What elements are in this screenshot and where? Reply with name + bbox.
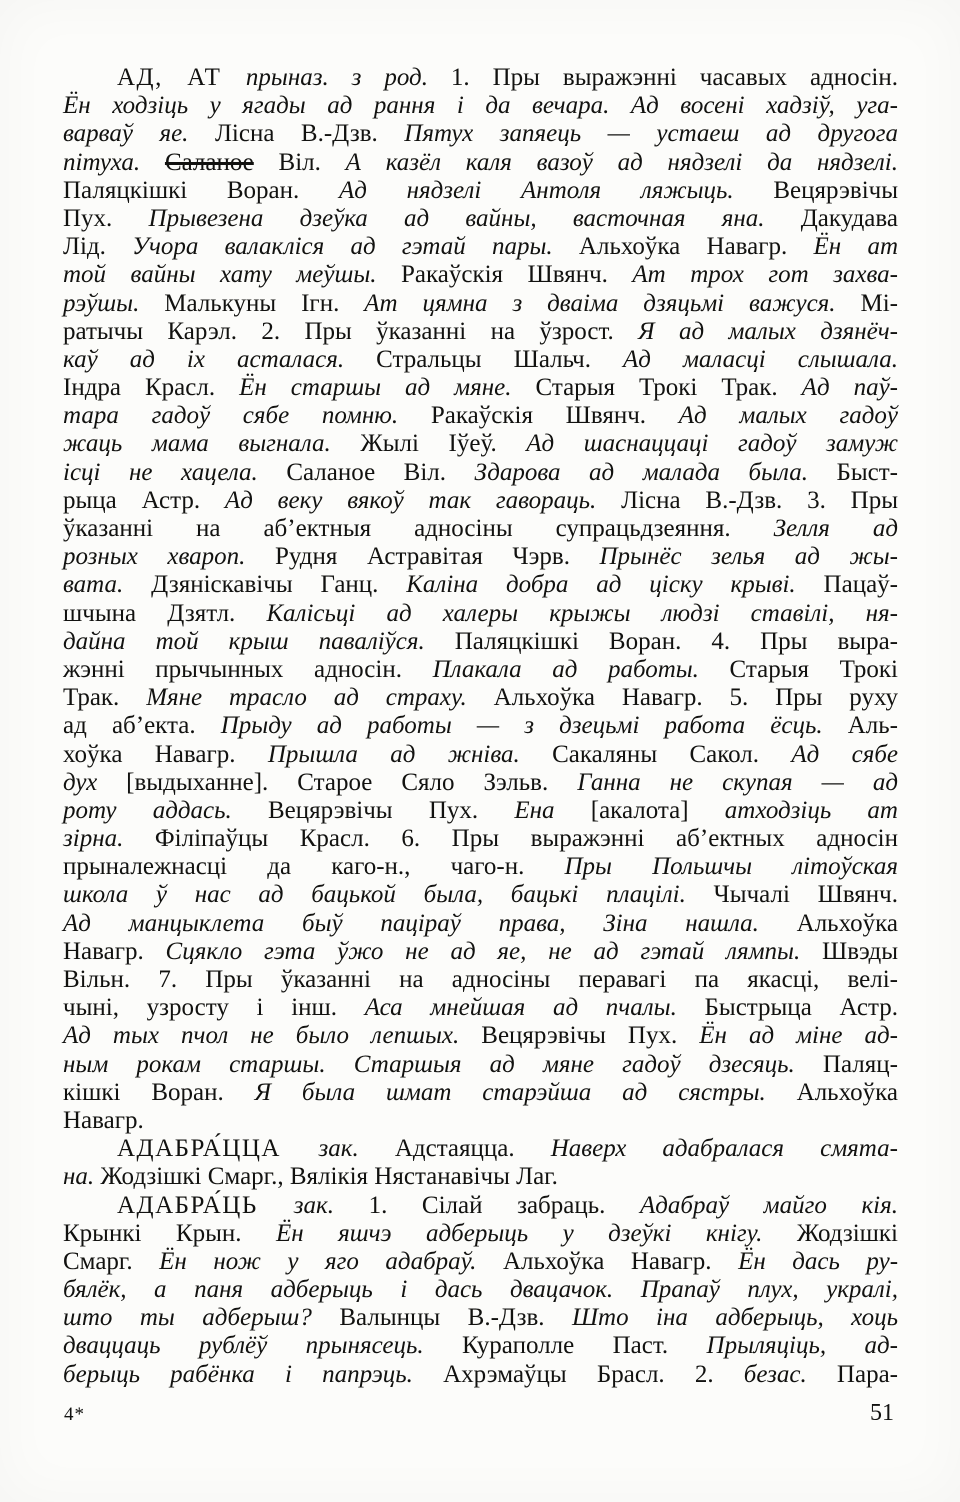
example-text: Ён старшы ад мяне.	[239, 374, 511, 401]
plain-text: ўказанні на аб’ектныя адносіны супрацьдз…	[63, 515, 774, 542]
text-line: Ён ходзіць у ягады ад рання і да вечара.…	[63, 92, 898, 120]
example-text: школа ў нас ад бацькой была, бацькі плац…	[63, 881, 686, 908]
plain-text: Старыя Трокі Трак.	[512, 374, 802, 401]
plain-text: Малькуны Ігн.	[139, 290, 364, 317]
plain-text: Вецярэвічы Пух.	[459, 1022, 699, 1049]
example-text: Ён нож у яго адабраў.	[159, 1248, 476, 1275]
plain-text: Вільн. 7. Пры ўказанні на адносіны перав…	[63, 966, 898, 993]
text-line: на. Жодзішкі Смарг., Вялікія Нястанавічы…	[63, 1163, 898, 1191]
example-text: Ад маласці слышала.	[623, 346, 898, 373]
plain-text: Адстаяцца.	[359, 1135, 551, 1162]
example-text: берыць рабёнка і папрэць.	[63, 1361, 413, 1388]
example-text: Прынёс зелья ад жы-	[600, 543, 899, 570]
example-text: Ад паў-	[802, 374, 898, 401]
plain-text: Філіпаўцы Красл. 6. Пры выражэнні аб’ект…	[123, 825, 898, 852]
example-text: Ад тых пчол не было лепшых.	[63, 1022, 459, 1049]
text-line: АДАБРА́ЦЬ зак. 1. Сілай забраць. Адабраў…	[63, 1192, 898, 1220]
page-number: 51	[870, 1400, 894, 1427]
text-line: дайна той крыш паваліўся. Паляцкішкі Вор…	[63, 628, 898, 656]
example-text: Ганна не скупая — ад	[577, 769, 898, 796]
example-text: Плакала ад работы.	[433, 656, 699, 683]
example-text: дайна той крыш паваліўся.	[63, 628, 425, 655]
text-line: роту аддась. Вецярэвічы Пух. Ена [акалот…	[63, 797, 898, 825]
text-line: тара гадоў сябе помню. Ракаўскія Швянч. …	[63, 402, 898, 430]
plain-text: Лісна В.-Дзв. 3. Пры	[596, 487, 898, 514]
example-text: бялёк, а паня адберыць і дась двацачок. …	[63, 1276, 898, 1303]
text-line: Крынкі Крын. Ён яшчэ адберыць у дзеўкі к…	[63, 1220, 898, 1248]
plain-text: Смарг.	[63, 1248, 159, 1275]
example-text: дваццаць рублёў прынясець.	[63, 1332, 424, 1359]
example-text: Прыляціць, ад-	[707, 1332, 898, 1359]
example-text: Каліна добра ад ціску крыві.	[406, 571, 795, 598]
text-line: той вайны хату меўшы. Ракаўскія Швянч. А…	[63, 261, 898, 289]
example-text: Ад манцыклета быў паціраў права, Зіна на…	[63, 910, 759, 937]
example-text: Ат цямна з дваіма дзяцьмі важуся.	[364, 290, 835, 317]
example-text: Зелля ад	[774, 515, 898, 542]
text-line: Ад манцыклета быў паціраў права, Зіна на…	[63, 910, 898, 938]
plain-text: жэнні прычынных адносін.	[63, 656, 433, 683]
example-text: ісці не хацела.	[63, 459, 258, 486]
plain-text: Жодзішкі	[762, 1220, 898, 1247]
plain-text: Дакудава	[765, 205, 898, 232]
example-text: Ад веку вякоў так гавораць.	[225, 487, 596, 514]
text-line: бялёк, а паня адберыць і дась двацачок. …	[63, 1276, 898, 1304]
plain-text: 1. Пры выражэнні часавых адносін.	[428, 64, 898, 91]
text-line: зірна. Філіпаўцы Красл. 6. Пры выражэнні…	[63, 825, 898, 853]
example-text: атходзіць ат	[725, 797, 898, 824]
example-text: розных хвароп.	[63, 543, 245, 570]
plain-text: рыца Астр.	[63, 487, 225, 514]
text-line: жэнні прычынных адносін. Плакала ад рабо…	[63, 656, 898, 684]
text-line: хоўка Навагр. Прышла ад жніва. Сакаляны …	[63, 741, 898, 769]
plain-text: Саланое Віл.	[258, 459, 475, 486]
text-line: што ты адберыш? Валынцы В.-Дзв. Што іна …	[63, 1304, 898, 1332]
example-text: Ён яшчэ адберыць у дзеўкі кнігу.	[276, 1220, 762, 1247]
example-text: Ад сябе	[791, 741, 898, 768]
text-line: берыць рабёнка і папрэць. Ахрэмаўцы Брас…	[63, 1361, 898, 1389]
text-line: дваццаць рублёў прынясець. Кураполле Пас…	[63, 1332, 898, 1360]
text-line: школа ў нас ад бацькой была, бацькі плац…	[63, 881, 898, 909]
example-text: Ён ат	[814, 233, 898, 260]
example-text: Пры Польшчы літоўская	[564, 853, 898, 880]
text-line: Лід. Учора валакліся ад гэтай пары. Альх…	[63, 233, 898, 261]
text-line: ад аб’екта. Прыду ад работы — з дзецьмі …	[63, 712, 898, 740]
plain-text: Ракаўскія Швянч.	[377, 261, 633, 288]
example-text: зірна.	[63, 825, 123, 852]
text-line: ісці не хацела. Саланое Віл. Здарова ад …	[63, 459, 898, 487]
example-text: пітуха.	[63, 149, 165, 176]
example-text: той вайны хату меўшы.	[63, 261, 377, 288]
example-text: Пятух запяець — устаеш ад другога	[404, 120, 898, 147]
example-text: Што іна адберыць, хоць	[572, 1304, 898, 1331]
plain-text: чыні, узросту і інш.	[63, 994, 365, 1021]
text-line: Пух. Прывезена дзеўка ад вайны, васточна…	[63, 205, 898, 233]
example-text: варваў яе.	[63, 120, 188, 147]
plain-text: Стральцы Шальч.	[344, 346, 623, 373]
text-line: вата. Дзяніскавічы Ганц. Каліна добра ад…	[63, 571, 898, 599]
plain-text: Паляц-	[795, 1051, 898, 1078]
headword-text: АДАБРА́ЦЬ	[117, 1192, 294, 1219]
text-line: каў ад іх асталася. Стральцы Шальч. Ад м…	[63, 346, 898, 374]
example-text: безас.	[744, 1361, 807, 1388]
example-text: Калісьці ад халеры крыжы людзі ставілі, …	[266, 600, 898, 627]
plain-text: Аль-	[823, 712, 898, 739]
text-line: пітуха. Саланое Віл. А казёл каля вазоў …	[63, 149, 898, 177]
plain-text: Швэды	[800, 938, 898, 965]
text-line: розных хвароп. Рудня Астравітая Чэрв. Пр…	[63, 543, 898, 571]
plain-text: Крынкі Крын.	[63, 1220, 276, 1247]
example-text: Наверх адабралася смята-	[551, 1135, 898, 1162]
plain-text: прыналежнасці да каго-н., чаго-н.	[63, 853, 564, 880]
plain-text: Чычалі Швянч.	[686, 881, 898, 908]
example-text: зак.	[319, 1135, 359, 1162]
plain-text: Альхоўка Навагр. 5. Пры руху	[467, 684, 898, 711]
plain-text: Ракаўскія Швянч.	[398, 402, 679, 429]
plain-text: Дзяніскавічы Ганц.	[123, 571, 406, 598]
example-text: што ты адберыш?	[63, 1304, 312, 1331]
text-line: рэўшы. Малькуны Ігн. Ат цямна з дваіма д…	[63, 290, 898, 318]
plain-text: Валынцы В.-Дзв.	[312, 1304, 572, 1331]
plain-text: Індра Красл.	[63, 374, 239, 401]
plain-text: Жодзішкі Смарг., Вялікія Нястанавічы Лаг…	[94, 1163, 558, 1190]
example-text: Прышла ад жніва.	[268, 741, 520, 768]
example-text: Ена	[514, 797, 590, 824]
text-line: АД, АТ прыназ. з род. 1. Пры выражэнні ч…	[63, 64, 898, 92]
plain-text: Навагр.	[63, 1107, 144, 1134]
text-line: кішкі Воран. Я была шмат старэйша ад сяс…	[63, 1079, 898, 1107]
text-line: ным рокам старшы. Старшыя ад мяне гадоў …	[63, 1051, 898, 1079]
plain-text: Вецярэвічы Пух.	[232, 797, 515, 824]
example-text: вата.	[63, 571, 123, 598]
scanned-dictionary-page: АД, АТ прыназ. з род. 1. Пры выражэнні ч…	[0, 0, 960, 1502]
plain-text: кішкі Воран.	[63, 1079, 255, 1106]
text-line: шчына Дзятл. Калісьці ад халеры крыжы лю…	[63, 600, 898, 628]
plain-text: Паляцкішкі Воран.	[63, 177, 339, 204]
example-text: прыназ. з род.	[246, 64, 428, 91]
example-text: Ад нядзелі Антоля ляжыць.	[339, 177, 734, 204]
plain-text: Альхоўка Навагр.	[476, 1248, 738, 1275]
example-text: жаць мама выгнала.	[63, 430, 331, 457]
text-line: Індра Красл. Ён старшы ад мяне. Старыя Т…	[63, 374, 898, 402]
plain-text: Віл.	[254, 149, 346, 176]
example-text: Здарова ад малада была.	[475, 459, 808, 486]
headword-text: АДАБРА́ЦЦА	[117, 1135, 319, 1162]
plain-text: Старыя Трокі	[699, 656, 898, 683]
dictionary-text: АД, АТ прыназ. з род. 1. Пры выражэнні ч…	[63, 64, 898, 1389]
plain-text: Лісна В.-Дзв.	[188, 120, 404, 147]
plain-text: Вецярэвічы	[734, 177, 898, 204]
plain-text: [выдыханне]. Старое Сяло Зэльв.	[126, 769, 577, 796]
struck-word: Саланое	[165, 149, 254, 176]
example-text: Адабраў майго кія.	[640, 1192, 898, 1219]
plain-text: Навагр.	[63, 938, 166, 965]
plain-text: Альхоўка Навагр.	[553, 233, 814, 260]
example-text: Сцякло гэта ўжо не ад яе, не ад гэтай ля…	[166, 938, 801, 965]
text-line: дух [выдыханне]. Старое Сяло Зэльв. Ганн…	[63, 769, 898, 797]
plain-text: Мі-	[836, 290, 898, 317]
text-line: АДАБРА́ЦЦА зак. Адстаяцца. Наверх адабра…	[63, 1135, 898, 1163]
plain-text: Жылі Іўеў.	[331, 430, 527, 457]
example-text: Учора валакліся ад гэтай пары.	[132, 233, 553, 260]
plain-text: Ахрэмаўцы Брасл. 2.	[413, 1361, 744, 1388]
example-text: Ён ад міне ад-	[699, 1022, 898, 1049]
example-text: ным рокам старшы. Старшыя ад мяне гадоў …	[63, 1051, 795, 1078]
plain-text: Паляцкішкі Воран. 4. Пры выра-	[425, 628, 898, 655]
headword-text: АД, АТ	[117, 64, 246, 91]
text-line: Трак. Мяне трасло ад страху. Альхоўка На…	[63, 684, 898, 712]
signature-mark: 4*	[64, 1404, 85, 1426]
plain-text: Рудня Астравітая Чэрв.	[245, 543, 599, 570]
text-line: Ад тых пчол не было лепшых. Вецярэвічы П…	[63, 1022, 898, 1050]
text-line: жаць мама выгнала. Жылі Іўеў. Ад шаснацц…	[63, 430, 898, 458]
text-line: прыналежнасці да каго-н., чаго-н. Пры По…	[63, 853, 898, 881]
example-text: Аса мнейшая ад пчалы.	[365, 994, 677, 1021]
plain-text: Лід.	[63, 233, 132, 260]
text-line: варваў яе. Лісна В.-Дзв. Пятух запяець —…	[63, 120, 898, 148]
plain-text: Пух.	[63, 205, 149, 232]
example-text: рэўшы.	[63, 290, 139, 317]
example-text: дух	[63, 769, 126, 796]
example-text: Мяне трасло ад страху.	[146, 684, 467, 711]
text-line: ўказанні на аб’ектныя адносіны супрацьдз…	[63, 515, 898, 543]
example-text: Ён ходзіць у ягады ад рання і да вечара.…	[63, 92, 898, 119]
plain-text: хоўка Навагр.	[63, 741, 268, 768]
text-line: чыні, узросту і інш. Аса мнейшая ад пчал…	[63, 994, 898, 1022]
example-text: Прывезена дзеўка ад вайны, васточная яна…	[149, 205, 765, 232]
plain-text: Альхоўка	[759, 910, 898, 937]
example-text: Ад малых гадоў	[679, 402, 898, 429]
plain-text: ад аб’екта.	[63, 712, 221, 739]
plain-text: Быст-	[808, 459, 898, 486]
example-text: зак.	[294, 1192, 334, 1219]
plain-text: Сакаляны Сакол.	[520, 741, 792, 768]
example-text: роту аддась.	[63, 797, 232, 824]
example-text: А казёл каля вазоў ад нядзелі да нядзелі…	[346, 149, 898, 176]
plain-text: 1. Сілай забраць.	[334, 1192, 640, 1219]
example-text: каў ад іх асталася.	[63, 346, 344, 373]
plain-text: Быстрыца Астр.	[677, 994, 898, 1021]
text-line: Паляцкішкі Воран. Ад нядзелі Антоля ляжы…	[63, 177, 898, 205]
plain-text: Альхоўка	[766, 1079, 898, 1106]
example-text: Я была шмат старэйша ад сястры.	[255, 1079, 766, 1106]
plain-text: Кураполле Паст.	[424, 1332, 707, 1359]
example-text: Ён дась ру-	[738, 1248, 898, 1275]
text-line: Вільн. 7. Пры ўказанні на адносіны перав…	[63, 966, 898, 994]
text-line: Смарг. Ён нож у яго адабраў. Альхоўка На…	[63, 1248, 898, 1276]
example-text: тара гадоў сябе помню.	[63, 402, 398, 429]
example-text: Я ад малых дзянёч-	[638, 318, 898, 345]
text-line: Навагр. Сцякло гэта ўжо не ад яе, не ад …	[63, 938, 898, 966]
text-line: Навагр.	[63, 1107, 898, 1135]
text-line: ратычы Карэл. 2. Пры ўказанні на ўзрост.…	[63, 318, 898, 346]
plain-text: [акалота]	[591, 797, 725, 824]
example-text: Ат трох гот захва-	[632, 261, 898, 288]
example-text: на.	[63, 1163, 94, 1190]
plain-text: Пара-	[807, 1361, 898, 1388]
plain-text: Пацаў-	[796, 571, 898, 598]
example-text: Прыду ад работы — з дзецьмі работа ёсць.	[221, 712, 823, 739]
plain-text: ратычы Карэл. 2. Пры ўказанні на ўзрост.	[63, 318, 638, 345]
text-line: рыца Астр. Ад веку вякоў так гавораць. Л…	[63, 487, 898, 515]
example-text: Ад шаснаццаці гадоў замуж	[526, 430, 898, 457]
plain-text: шчына Дзятл.	[63, 600, 266, 627]
plain-text: Трак.	[63, 684, 146, 711]
